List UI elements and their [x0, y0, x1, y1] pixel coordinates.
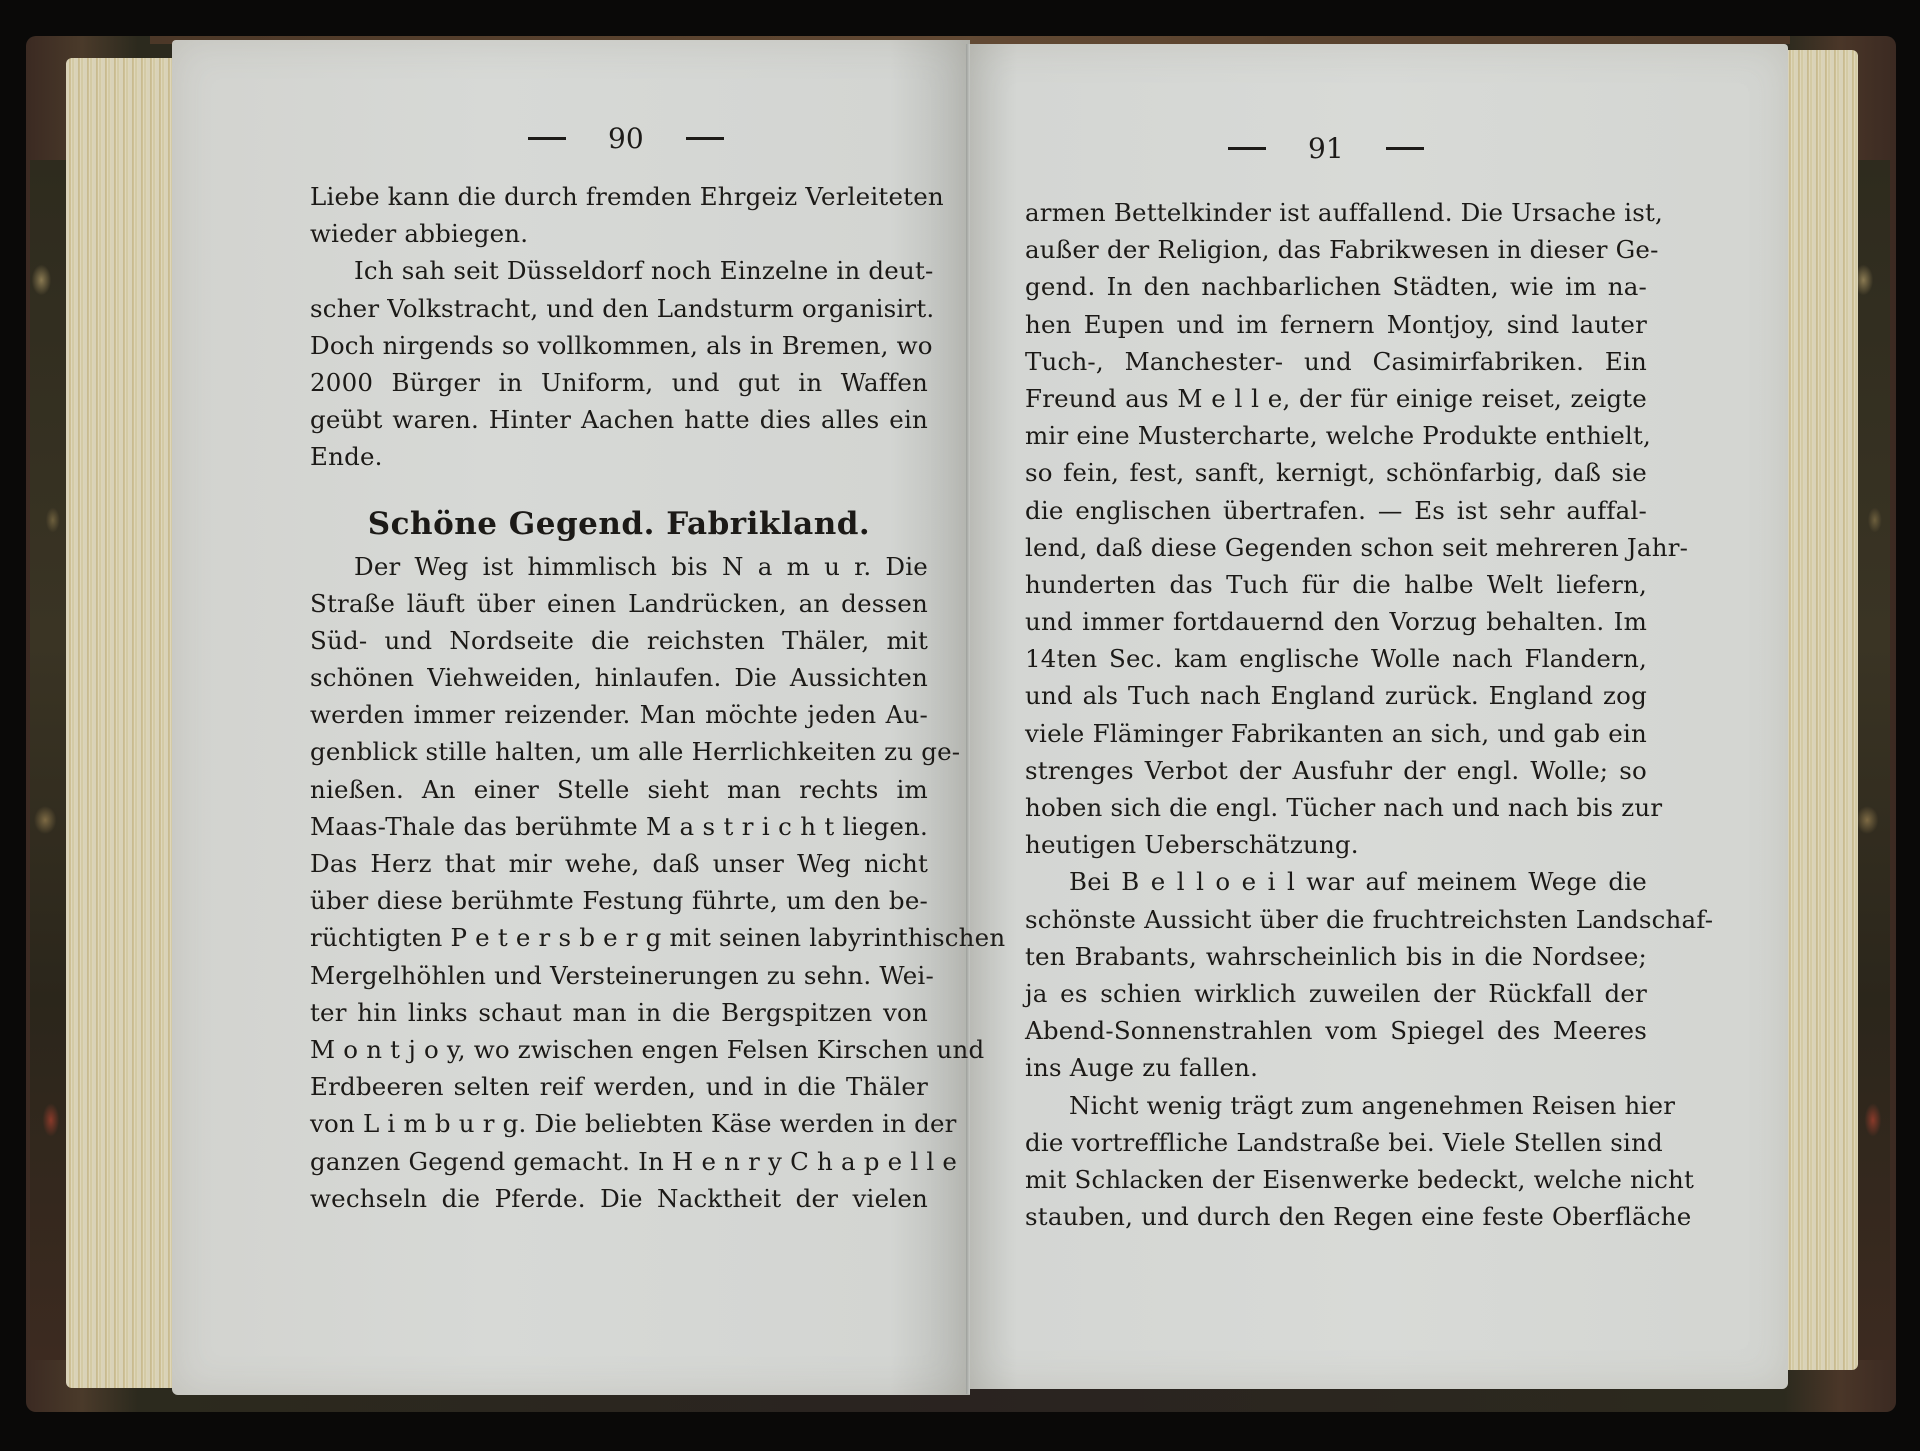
text-line: geübt waren. Hinter Aachen hatte dies al… — [310, 401, 928, 438]
text-line: wieder abbiegen. — [310, 215, 928, 252]
text-line: ten Brabants, wahrscheinlich bis in die … — [1025, 938, 1647, 975]
text-line: strenges Verbot der Ausfuhr der engl. Wo… — [1025, 752, 1647, 789]
text-line: Der Weg ist himmlisch bis N a m u r. Die — [310, 548, 928, 585]
text-line: Maas-Thale das berühmte M a s t r i c h … — [310, 808, 928, 845]
text-line: ter hin links schaut man in die Bergspit… — [310, 994, 928, 1031]
text-line: Bei B e l l o e i l war auf meinem Wege … — [1025, 863, 1647, 900]
text-line: genblick stille halten, um alle Herrlich… — [310, 733, 928, 770]
text-line: von L i m b u r g. Die beliebten Käse we… — [310, 1105, 928, 1142]
text-line: mit Schlacken der Eisenwerke bedeckt, we… — [1025, 1161, 1647, 1198]
text-line: Süd- und Nordseite die reichsten Thäler,… — [310, 622, 928, 659]
text-line: heutigen Ueberschätzung. — [1025, 826, 1647, 863]
text-line: die englischen übertrafen. — Es ist sehr… — [1025, 492, 1647, 529]
page-edges-right — [1786, 50, 1858, 1370]
text-line: stauben, und durch den Regen eine feste … — [1025, 1198, 1647, 1235]
text-line: armen Bettelkinder ist auffallend. Die U… — [1025, 194, 1647, 231]
dash-ornament — [686, 137, 724, 140]
right-page-text: armen Bettelkinder ist auffallend. Die U… — [1025, 194, 1647, 1235]
text-line: ins Auge zu fallen. — [1025, 1049, 1647, 1086]
dash-ornament — [1386, 147, 1424, 150]
text-line: Abend-Sonnenstrahlen vom Spiegel des Mee… — [1025, 1012, 1647, 1049]
dash-ornament — [528, 137, 566, 140]
dash-ornament — [1228, 147, 1266, 150]
text-line: Doch nirgends so vollkommen, als in Brem… — [310, 327, 928, 364]
text-line: ja es schien wirklich zuweilen der Rückf… — [1025, 975, 1647, 1012]
text-line: viele Fläminger Fabrikanten an sich, und… — [1025, 715, 1647, 752]
text-line: und immer fortdauernd den Vorzug behalte… — [1025, 603, 1647, 640]
gutter — [966, 44, 970, 1394]
text-line: gend. In den nachbarlichen Städten, wie … — [1025, 268, 1647, 305]
text-line: Freund aus M e l l e, der für einige rei… — [1025, 380, 1647, 417]
text-line: ganzen Gegend gemacht. In H e n r y C h … — [310, 1143, 928, 1180]
text-line: außer der Religion, das Fabrikwesen in d… — [1025, 231, 1647, 268]
text-line: lend, daß diese Gegenden schon seit mehr… — [1025, 529, 1647, 566]
text-line: Tuch-, Manchester- und Casimirfabriken. … — [1025, 343, 1647, 380]
text-line: scher Volkstracht, und den Landsturm org… — [310, 290, 928, 327]
page-number-right: 91 — [1228, 132, 1424, 165]
text-line: so fein, fest, sanft, kernigt, schönfarb… — [1025, 454, 1647, 491]
text-line: M o n t j o y, wo zwischen engen Felsen … — [310, 1031, 928, 1068]
text-line: rüchtigten P e t e r s b e r g mit seine… — [310, 919, 928, 956]
text-line: die vortreffliche Landstraße bei. Viele … — [1025, 1124, 1647, 1161]
text-line: Ich sah seit Düsseldorf noch Einzelne in… — [310, 252, 928, 289]
page-number-value: 90 — [608, 122, 644, 155]
text-line: hoben sich die engl. Tücher nach und nac… — [1025, 789, 1647, 826]
text-line: werden immer reizender. Man möchte jeden… — [310, 696, 928, 733]
text-line: über diese berühmte Festung führte, um d… — [310, 882, 928, 919]
text-line: Liebe kann die durch fremden Ehrgeiz Ver… — [310, 178, 928, 215]
text-line: nießen. An einer Stelle sieht man rechts… — [310, 771, 928, 808]
text-line: Ende. — [310, 438, 928, 475]
marbled-board-left — [30, 160, 68, 1360]
text-line: und als Tuch nach England zurück. Englan… — [1025, 677, 1647, 714]
text-line: schönste Aussicht über die fruchtreichst… — [1025, 901, 1647, 938]
text-line: 14ten Sec. kam englische Wolle nach Flan… — [1025, 640, 1647, 677]
text-line: schönen Viehweiden, hinlaufen. Die Aussi… — [310, 659, 928, 696]
text-line: wechseln die Pferde. Die Nacktheit der v… — [310, 1180, 928, 1217]
page-number-left: 90 — [528, 122, 724, 155]
text-line: Mergelhöhlen und Versteinerungen zu sehn… — [310, 957, 928, 994]
text-line: hen Eupen und im fernern Montjoy, sind l… — [1025, 306, 1647, 343]
page-number-value: 91 — [1308, 132, 1344, 165]
section-heading: Schöne Gegend. Fabrikland. — [310, 476, 928, 548]
text-line: Nicht wenig trägt zum angenehmen Reisen … — [1025, 1087, 1647, 1124]
text-line: mir eine Mustercharte, welche Produkte e… — [1025, 417, 1647, 454]
text-line: Erdbeeren selten reif werden, und in die… — [310, 1068, 928, 1105]
text-line: Straße läuft über einen Landrücken, an d… — [310, 585, 928, 622]
text-line: Das Herz that mir wehe, daß unser Weg ni… — [310, 845, 928, 882]
text-line: 2000 Bürger in Uniform, und gut in Waffe… — [310, 364, 928, 401]
left-page-text: Liebe kann die durch fremden Ehrgeiz Ver… — [310, 178, 928, 1217]
text-line: hunderten das Tuch für die halbe Welt li… — [1025, 566, 1647, 603]
page-edges-left — [66, 58, 172, 1388]
